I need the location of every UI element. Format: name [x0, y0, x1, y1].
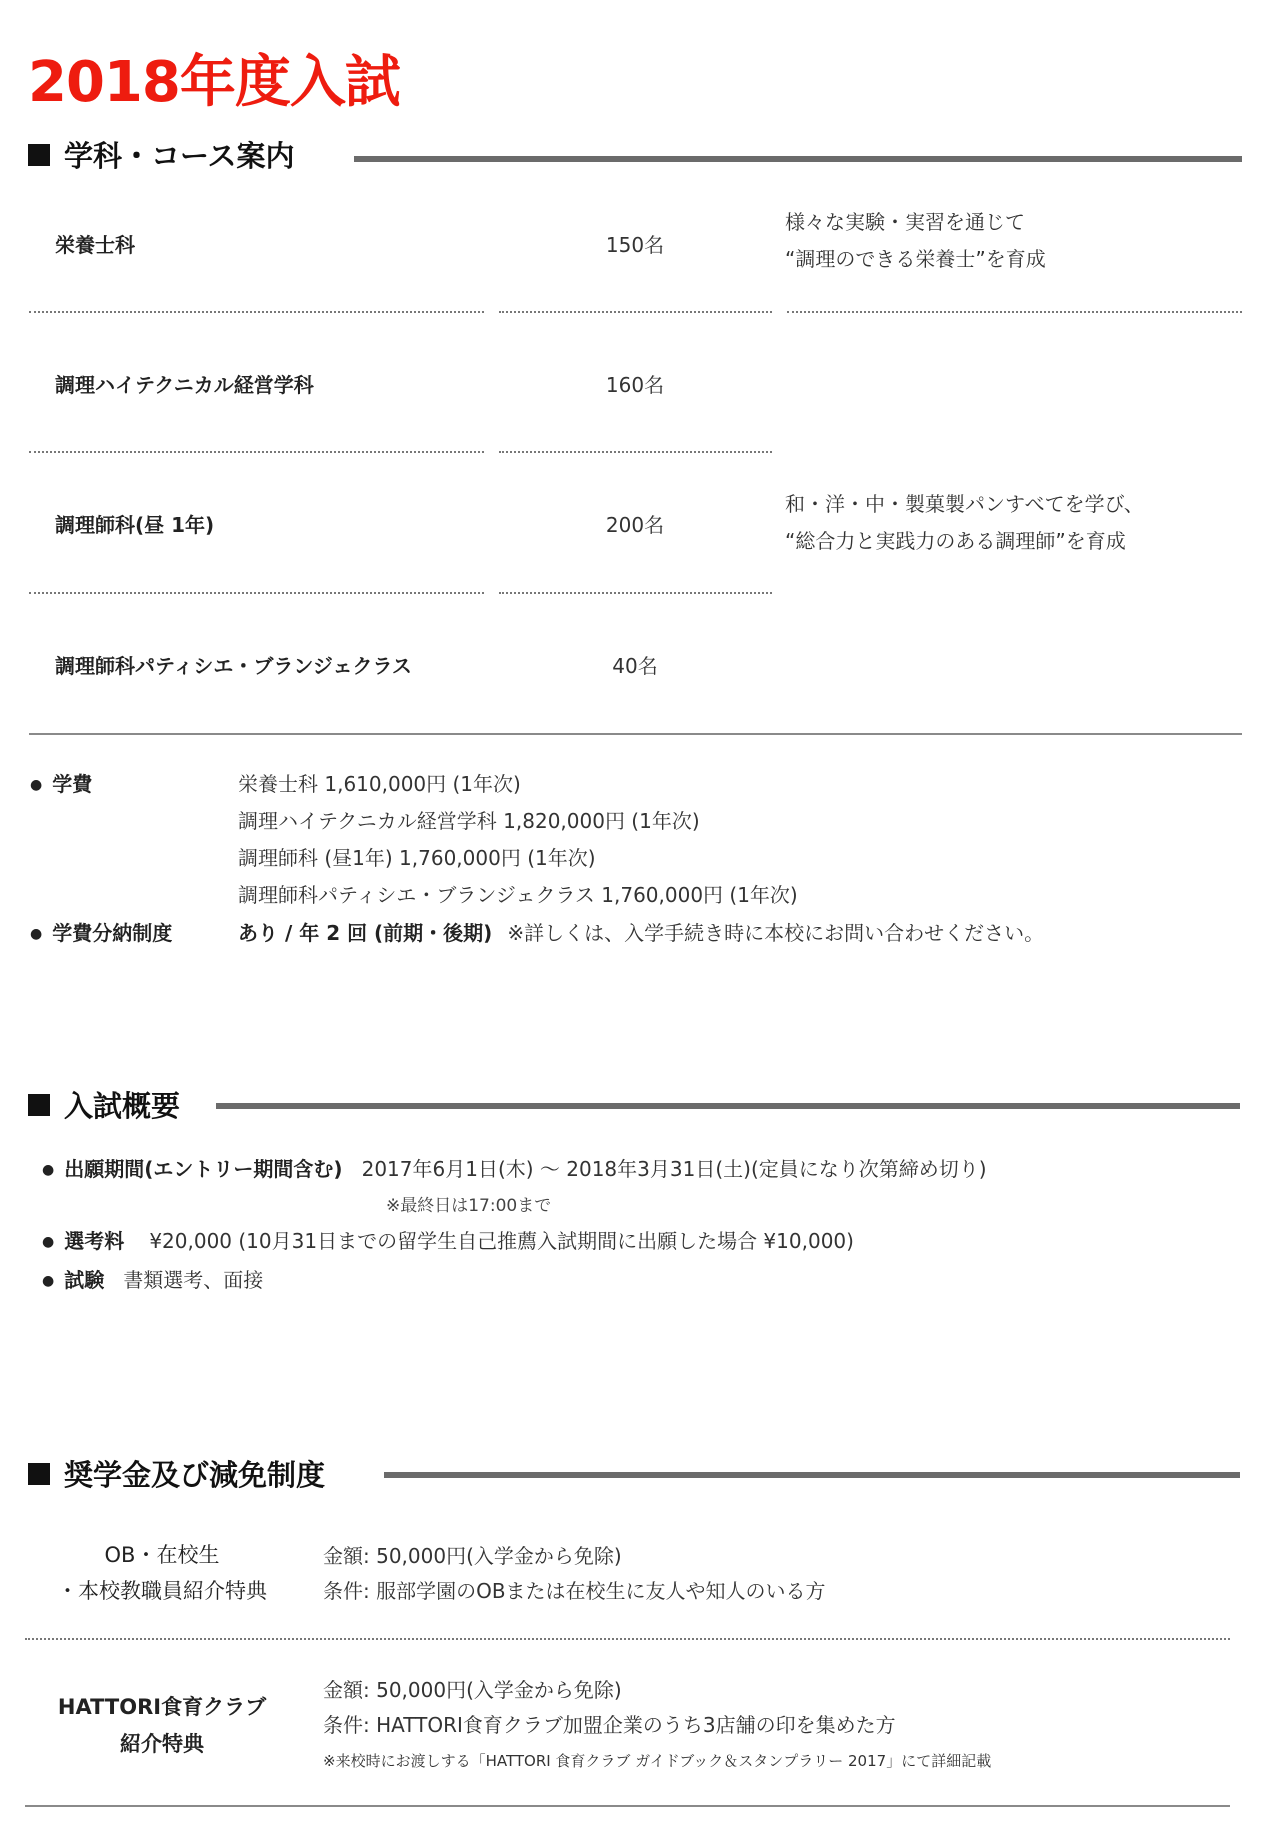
period-label: 出願期間(エントリー期間含む) — [42, 1157, 343, 1181]
solid-divider — [25, 1805, 1230, 1807]
fee-value: ¥20,000 (10月31日までの留学生自己推薦入試期間に出願した場合 ¥10… — [149, 1229, 854, 1253]
installment-value: あり / 年 2 回 (前期・後期) ※詳しくは、入学手続き時に本校にお問い合わ… — [238, 917, 1044, 946]
course-capacity: 40名 — [575, 650, 695, 679]
dotted-divider — [499, 311, 772, 313]
page-title: 2018年度入試 — [28, 38, 400, 118]
scholarship-name: ・本校教職員紹介特典 — [32, 1575, 292, 1605]
solid-divider — [29, 733, 1242, 735]
installment-text: あり / 年 2 回 (前期・後期) — [238, 921, 492, 945]
dotted-divider — [499, 592, 772, 594]
section-rule — [216, 1103, 1240, 1109]
fee-item: 調理師科 (昼1年) 1,760,000円 (1年次) — [238, 842, 596, 871]
fee-label: 選考料 — [42, 1229, 124, 1253]
fee-item: 調理師科パティシエ・ブランジェクラス 1,760,000円 (1年次) — [238, 879, 798, 908]
course-capacity: 200名 — [575, 509, 695, 538]
section-title: 学科・コース案内 — [64, 134, 295, 175]
section-title: 奨学金及び減免制度 — [64, 1453, 325, 1494]
section-heading-scholarship: 奨学金及び減免制度 — [28, 1453, 325, 1494]
square-bullet-icon — [28, 1094, 50, 1116]
square-bullet-icon — [28, 1463, 50, 1485]
period-value: 2017年6月1日(木) ～ 2018年3月31日(土)(定員になり次第締め切り… — [362, 1157, 987, 1181]
exam-period: 出願期間(エントリー期間含む) 2017年6月1日(木) ～ 2018年3月31… — [42, 1153, 987, 1182]
description-line: 様々な実験・実習を通じて — [785, 204, 1046, 241]
course-description: 和・洋・中・製菓製パンすべてを学び、 “総合力と実践力のある調理師”を育成 — [785, 486, 1144, 560]
installment-note: ※詳しくは、入学手続き時に本校にお問い合わせください。 — [507, 921, 1044, 945]
course-description: 様々な実験・実習を通じて “調理のできる栄養士”を育成 — [785, 204, 1046, 278]
fee-item: 栄養士科 1,610,000円 (1年次) — [238, 768, 521, 797]
section-heading-courses: 学科・コース案内 — [28, 134, 295, 175]
dotted-divider — [499, 451, 772, 453]
dotted-divider — [25, 1638, 1230, 1640]
fees-label: 学費 — [30, 768, 92, 797]
test-label: 試験 — [42, 1268, 104, 1292]
period-note: ※最終日は17:00まで — [386, 1191, 551, 1216]
section-rule — [354, 156, 1242, 162]
scholarship-name: HATTORI食育クラブ — [32, 1691, 292, 1721]
dotted-divider — [29, 592, 484, 594]
section-heading-exam: 入試概要 — [28, 1084, 180, 1125]
section-title: 入試概要 — [64, 1084, 180, 1125]
exam-fee: 選考料 ¥20,000 (10月31日までの留学生自己推薦入試期間に出願した場合… — [42, 1225, 854, 1254]
scholarship-name: OB・在校生 — [32, 1539, 292, 1569]
course-name: 調理師科パティシエ・ブランジェクラス — [55, 650, 412, 679]
course-capacity: 150名 — [575, 229, 695, 258]
description-line: “総合力と実践力のある調理師”を育成 — [785, 523, 1144, 560]
course-capacity: 160名 — [575, 369, 695, 398]
fee-item: 調理ハイテクニカル経営学科 1,820,000円 (1年次) — [238, 805, 700, 834]
scholarship-condition: 条件: 服部学園のOBまたは在校生に友人や知人のいる方 — [323, 1575, 826, 1604]
course-name: 栄養士科 — [55, 229, 135, 258]
course-name: 調理師科(昼 1年) — [55, 509, 214, 538]
scholarship-note: ※来校時にお渡しする「HATTORI 食育クラブ ガイドブック＆スタンプラリー … — [323, 1750, 991, 1771]
test-value: 書類選考、面接 — [123, 1268, 263, 1292]
installment-label: 学費分納制度 — [30, 917, 172, 946]
course-name: 調理ハイテクニカル経営学科 — [55, 369, 314, 398]
exam-test: 試験 書類選考、面接 — [42, 1264, 263, 1293]
dotted-divider — [29, 451, 484, 453]
dotted-divider — [787, 311, 1242, 313]
scholarship-amount: 金額: 50,000円(入学金から免除) — [323, 1540, 622, 1569]
scholarship-name: 紹介特典 — [32, 1728, 292, 1758]
section-rule — [384, 1472, 1240, 1478]
scholarship-amount: 金額: 50,000円(入学金から免除) — [323, 1674, 622, 1703]
description-line: “調理のできる栄養士”を育成 — [785, 241, 1046, 278]
scholarship-condition: 条件: HATTORI食育クラブ加盟企業のうち3店舗の印を集めた方 — [323, 1709, 896, 1738]
description-line: 和・洋・中・製菓製パンすべてを学び、 — [785, 486, 1144, 523]
dotted-divider — [29, 311, 484, 313]
square-bullet-icon — [28, 144, 50, 166]
